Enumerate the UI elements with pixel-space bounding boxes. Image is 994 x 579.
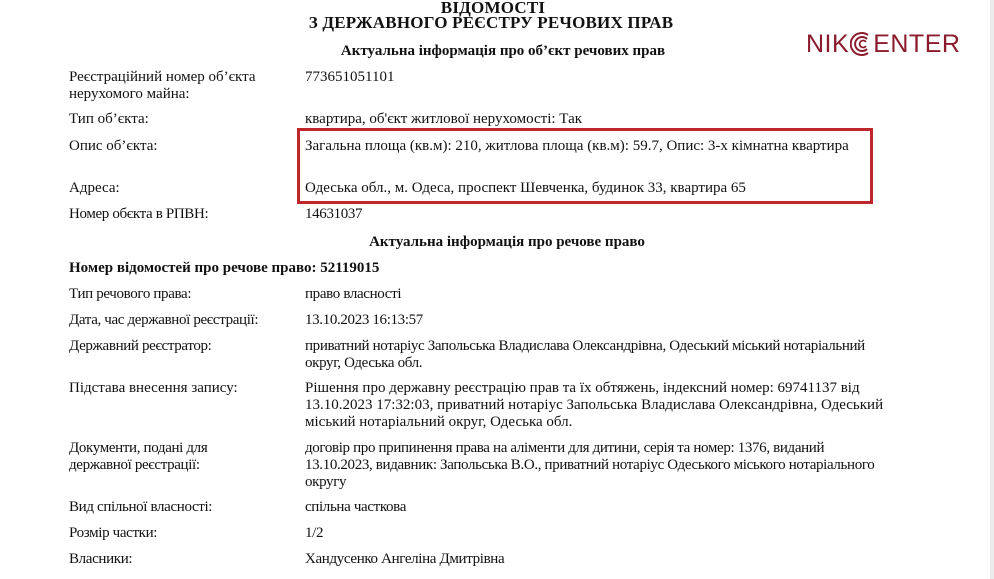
field-label: Державний реєстратор: — [69, 338, 299, 355]
concentric-c-icon — [850, 29, 872, 59]
section-heading-right: Актуальна інформація про речове право — [10, 233, 994, 251]
field-label: Тип речового права: — [69, 286, 299, 303]
field-value: 1/2 — [305, 525, 945, 542]
field-label: Дата, час державної реєстрації: — [69, 312, 299, 329]
field-value: 13.10.2023 16:13:57 — [305, 312, 945, 329]
field-label: Розмір частки: — [69, 525, 299, 542]
field-label: Адреса: — [69, 180, 299, 197]
field-value: право власності — [305, 286, 945, 303]
field-value: квартира, об'єкт житлової нерухомості: Т… — [305, 111, 945, 128]
record-number: Номер відомостей про речове право: 52119… — [69, 260, 379, 277]
field-label: Реєстраційний номер об’єкта нерухомого м… — [69, 69, 294, 103]
logo-text-start: NIK — [806, 30, 849, 59]
field-value: договір про припинення права на аліменти… — [305, 440, 880, 491]
field-label: Документи, подані для державної реєстрац… — [69, 440, 239, 474]
highlight-box — [297, 128, 873, 204]
field-value: Хандусенко Ангеліна Дмитрівна — [305, 551, 945, 568]
field-value: 14631037 — [305, 206, 945, 223]
field-value: 773651051101 — [305, 69, 945, 86]
field-label: Номер обєкта в РПВН: — [69, 206, 299, 223]
field-value: Рішення про державну реєстрацію прав та … — [305, 380, 910, 431]
logo-text-end: ENTER — [873, 30, 960, 59]
document-title-line2: З ДЕРЖАВНОГО РЕЄСТРУ РЕЧОВИХ ПРАВ — [0, 15, 988, 30]
field-label: Підстава внесення запису: — [69, 380, 299, 397]
field-label: Опис об’єкта: — [69, 138, 299, 155]
field-label: Власники: — [69, 551, 299, 568]
field-label: Вид спільної власності: — [69, 499, 299, 516]
page-edge — [990, 0, 994, 579]
field-value: приватний нотаріус Запольська Владислава… — [305, 338, 875, 372]
field-label: Тип об’єкта: — [69, 111, 299, 128]
nikcenter-logo: NIK ENTER — [806, 29, 960, 59]
field-value: спільна часткова — [305, 499, 945, 516]
